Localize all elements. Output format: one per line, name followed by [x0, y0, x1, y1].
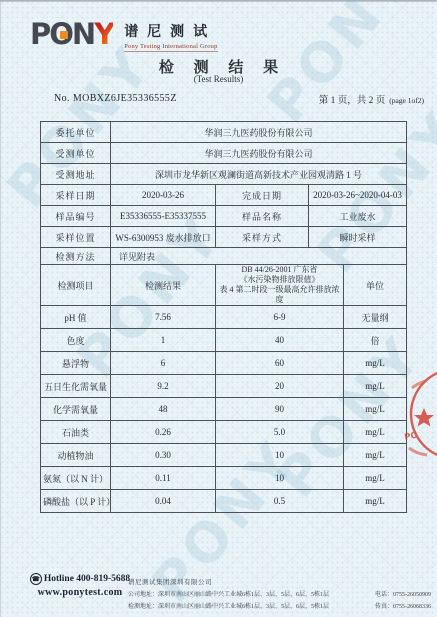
- info-value: 工业废水: [309, 206, 407, 227]
- result-limit: 6-9: [216, 306, 344, 329]
- results-header: DB 44/26-2001 广东省 《水污染物排放限值》 表 4 第二时段一级最…: [216, 265, 344, 306]
- info-value: 华润三九医药股份有限公司: [111, 143, 407, 164]
- result-unit: mg/L: [344, 467, 407, 490]
- company-name: 谱尼测试集团深圳有限公司: [128, 577, 431, 586]
- scan-top-edge: [0, 0, 437, 2]
- result-limit: 10: [216, 444, 344, 467]
- info-row: 采样位置WS-6300953 废水排放口采样方式瞬时采样: [41, 227, 407, 248]
- result-item: 色度: [41, 329, 111, 352]
- info-label: 采样日期: [41, 185, 111, 206]
- logo-english-name: Pony Testing International Group: [124, 43, 217, 52]
- report-number: No. MOBXZ6JE35336555Z: [54, 93, 177, 104]
- info-label: 检测方法: [41, 248, 111, 265]
- result-row: 五日生化需氧量9.220mg/L: [41, 375, 407, 398]
- info-value: 瞬时采样: [309, 227, 407, 248]
- results-header: 检测结果: [111, 265, 216, 306]
- info-label: 样品名称: [216, 206, 309, 227]
- hotline: ☎ Hotline 400-819-5688: [28, 573, 132, 585]
- page-indicator-cn: 第 1 页，共 2 页: [319, 96, 386, 106]
- results-header: 单位: [344, 265, 407, 306]
- result-row: 色度140倍: [41, 329, 407, 352]
- info-row: 委托单位华润三九医药股份有限公司: [41, 122, 407, 143]
- result-row: 磷酸盐（以 P 计）0.040.5mg/L: [41, 490, 407, 513]
- result-value: 0.26: [111, 421, 216, 444]
- results-table: 检测项目检测结果DB 44/26-2001 广东省 《水污染物排放限值》 表 4…: [40, 264, 407, 513]
- result-row: 动植物油0.3010mg/L: [41, 444, 407, 467]
- result-limit: 5.0: [216, 421, 344, 444]
- info-row: 采样日期2020-03-26完成日期2020-03-26~2020-04-03: [41, 185, 407, 206]
- sample-info-table: 委托单位华润三九医药股份有限公司受测单位华润三九医药股份有限公司受测地址深圳市龙…: [40, 121, 407, 265]
- result-value: 0.30: [111, 444, 216, 467]
- website-url: www.ponytest.com: [28, 587, 132, 598]
- result-limit: 0.5: [216, 490, 344, 513]
- result-item: 氨氮（以 N 计）: [41, 467, 111, 490]
- pony-logo-wordmark: PONY: [30, 19, 113, 49]
- result-value: 9.2: [111, 375, 216, 398]
- result-item: 五日生化需氧量: [41, 375, 111, 398]
- info-value: 深圳市龙华新区观澜街道高新技术产业园观清路 1 号: [111, 164, 407, 185]
- result-limit: 20: [216, 375, 344, 398]
- logo-y-triangle: Y: [94, 17, 113, 51]
- fax-number: 传真：0755-26068336: [375, 601, 431, 610]
- info-row: 受测地址深圳市龙华新区观澜街道高新技术产业园观清路 1 号: [41, 164, 407, 185]
- result-item: 石油类: [41, 421, 111, 444]
- result-row: 石油类0.265.0mg/L: [41, 421, 407, 444]
- page-indicator: 第 1 页，共 2 页(page 1of2): [319, 92, 424, 106]
- results-header-row: 检测项目检测结果DB 44/26-2001 广东省 《水污染物排放限值》 表 4…: [41, 265, 407, 306]
- hotline-number: Hotline 400-819-5688: [44, 574, 130, 584]
- result-unit: 倍: [344, 329, 407, 352]
- results-header: 检测项目: [41, 265, 111, 306]
- stamp-letters: PO: [404, 430, 419, 443]
- info-label: 受测地址: [41, 164, 111, 185]
- info-label: 委托单位: [41, 122, 111, 143]
- report-subtitle: (Test Results): [0, 74, 437, 84]
- phone-number: 电话：0755-26050909: [375, 589, 431, 598]
- result-unit: mg/L: [344, 490, 407, 513]
- scan-left-edge: [0, 0, 1, 617]
- lab-address: 检测地址：深圳市南山区丽山路中兴工业城6栋1层、3层、5层、6层、5栋1层: [128, 601, 329, 610]
- result-limit: 10: [216, 467, 344, 490]
- tables-container: 委托单位华润三九医药股份有限公司受测单位华润三九医药股份有限公司受测地址深圳市龙…: [40, 121, 406, 513]
- logo-text-block: 谱尼测试 Pony Testing International Group: [124, 21, 217, 52]
- result-row: 化学需氧量4890mg/L: [41, 398, 407, 421]
- result-value: 1: [111, 329, 216, 352]
- result-row: 氨氮（以 N 计）0.1110mg/L: [41, 467, 407, 490]
- info-row: 受测单位华润三九医药股份有限公司: [41, 143, 407, 164]
- info-value: WS-6300953 废水排放口: [111, 227, 216, 248]
- result-value: 48: [111, 398, 216, 421]
- info-value: 华润三九医药股份有限公司: [111, 122, 407, 143]
- info-label: 采样方式: [216, 227, 309, 248]
- info-label: 样品编号: [41, 206, 111, 227]
- result-limit: 90: [216, 398, 344, 421]
- info-value: E35336555-E35337555: [111, 206, 216, 227]
- star-icon: [414, 408, 434, 427]
- result-item: 磷酸盐（以 P 计）: [41, 490, 111, 513]
- footer-contact: ☎ Hotline 400-819-5688 www.ponytest.com: [28, 573, 132, 598]
- info-row: 检测方法详见附表: [41, 248, 407, 265]
- info-row: 样品编号E35336555-E35337555样品名称工业废水: [41, 206, 407, 227]
- info-label: 受测单位: [41, 143, 111, 164]
- result-value: 7.56: [111, 306, 216, 329]
- result-item: 动植物油: [41, 444, 111, 467]
- result-item: 悬浮物: [41, 352, 111, 375]
- report-page: PONY PONY PONY PONY PONY PONY PONY 谱尼测试 …: [0, 0, 437, 617]
- result-value: 6: [111, 352, 216, 375]
- logo-chinese-name: 谱尼测试: [124, 21, 217, 41]
- result-unit: 无量纲: [344, 306, 407, 329]
- footer-company-info: 谱尼测试集团深圳有限公司 公司地址：深圳市南山区丽山路中兴工业城6栋1层、3层、…: [128, 577, 431, 610]
- info-value: 2020-03-26~2020-04-03: [309, 185, 407, 206]
- red-seal-stamp: PO: [396, 364, 437, 468]
- info-label: 完成日期: [216, 185, 309, 206]
- info-label: 采样位置: [41, 227, 111, 248]
- page-indicator-en: (page 1of2): [389, 96, 424, 105]
- info-value: 详见附表: [111, 248, 407, 265]
- result-row: pH 值7.566-9无量纲: [41, 306, 407, 329]
- result-value: 0.04: [111, 490, 216, 513]
- logo-orange-square-icon: [60, 31, 68, 39]
- result-limit: 40: [216, 329, 344, 352]
- pony-logo: PONY 谱尼测试 Pony Testing International Gro…: [30, 19, 218, 52]
- result-row: 悬浮物660mg/L: [41, 352, 407, 375]
- company-address: 公司地址：深圳市南山区丽山路中兴工业城6栋1层、3层、5层、6层、5栋1层: [128, 589, 329, 598]
- result-item: 化学需氧量: [41, 398, 111, 421]
- result-limit: 60: [216, 352, 344, 375]
- phone-icon: ☎: [30, 573, 42, 585]
- result-item: pH 值: [41, 306, 111, 329]
- result-value: 0.11: [111, 467, 216, 490]
- info-value: 2020-03-26: [111, 185, 216, 206]
